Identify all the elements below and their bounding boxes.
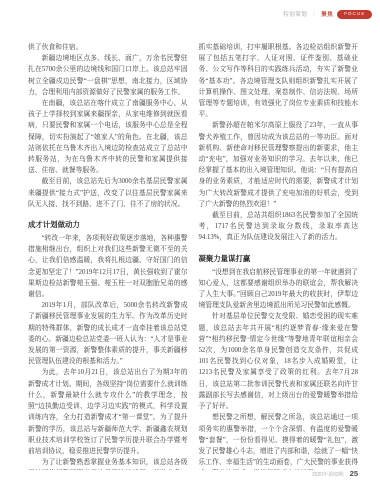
issue-info: 2020年第03期 [312,471,344,478]
paragraph: 截至目前，总站共组织1863名民警参加了全国统考，1717名民警达到录取分数线，… [199,210,359,244]
section-label: 特别策划 [283,10,307,18]
paragraph: “转改一年来，各项利好政策逐步落地，各种惠警措施相继出台，组织上对我们这些新警无… [28,233,188,300]
running-header: 特别策划｜聚焦 FOCUS [283,10,372,19]
right-column: 抓实基础培训，打牢履职根基。各边检站组织新警开展了包括五笔打字、人证对照、证件鉴… [199,42,359,470]
left-column: 供了伙食和住宿。 新疆边境地区点多、线长、面广，万余名民警驻扎在5700余公里的… [28,42,188,470]
section-heading: 成才计划做动力 [28,219,188,230]
section-highlight: 聚焦 [321,10,333,18]
paragraph: “没想到在我启航移民管理事业的第一年就遇到了知心爱人，这都要感谢组织举办的联谊会… [199,267,359,312]
paragraph: 供了伙食和住宿。 [28,42,188,53]
paragraph: 2019年1月，部队改革后，5000余名转改新警成了新疆移民管理事业发展的生力军… [28,300,188,367]
header-divider: ｜ [311,10,317,18]
page-footer: 2020年第03期 25 [312,469,358,478]
paragraph: 为此，去年10月21日，该总站出台了为期3年的新警成才计划。期间，各级坚持“岗位… [28,367,188,457]
paragraph: 针对基层单位民警交友受限、婚恋受困的现实难题，该总站去年共开展“相约逐梦青春·缘… [199,311,359,412]
paragraph: 新警孙超在帕米尔高原上服役了23年，一直从事警犬养殖工作，曾因功成为该总站的一等… [199,120,359,210]
article-body: 供了伙食和住宿。 新疆边境地区点多、线长、面广，万余名民警驻扎在5700余公里的… [28,42,358,470]
section-heading: 凝聚力量谋打赢 [199,253,359,264]
paragraph: 抓实基础培训，打牢履职根基。各边检站组织新警开展了包括五笔打字、人证对照、证件鉴… [199,42,359,120]
paragraph: 想民警之所想，解民警之所急，该总站通过一项项务实的惠警举措，一个个含深情、有温度… [199,412,359,470]
page-number: 25 [350,469,358,478]
paragraph: 新疆边境地区点多、线长、面广，万余名民警驻扎在5700余公里的边境线和国门口岸上… [28,53,188,98]
paragraph-text: 想民警之所想，解民警之所急，该总站通过一项项务实的惠警举措，一个个含深情、有温度… [199,414,359,470]
paragraph: 为了让新警熟悉掌握业务基本知识，该总站各级坚持围绕新警履职必需的常用法律适用、基… [28,457,188,470]
paragraph: 截至目前，该总站先后为3000余名基层民警家属来疆提供“接力式”护送，改变了以往… [28,176,188,210]
focus-badge: FOCUS [337,10,372,19]
paragraph: 在南疆，该总站在喀什成立了南疆服务中心，从孩子上学择校到家属来疆探亲，从家电维修… [28,98,188,176]
